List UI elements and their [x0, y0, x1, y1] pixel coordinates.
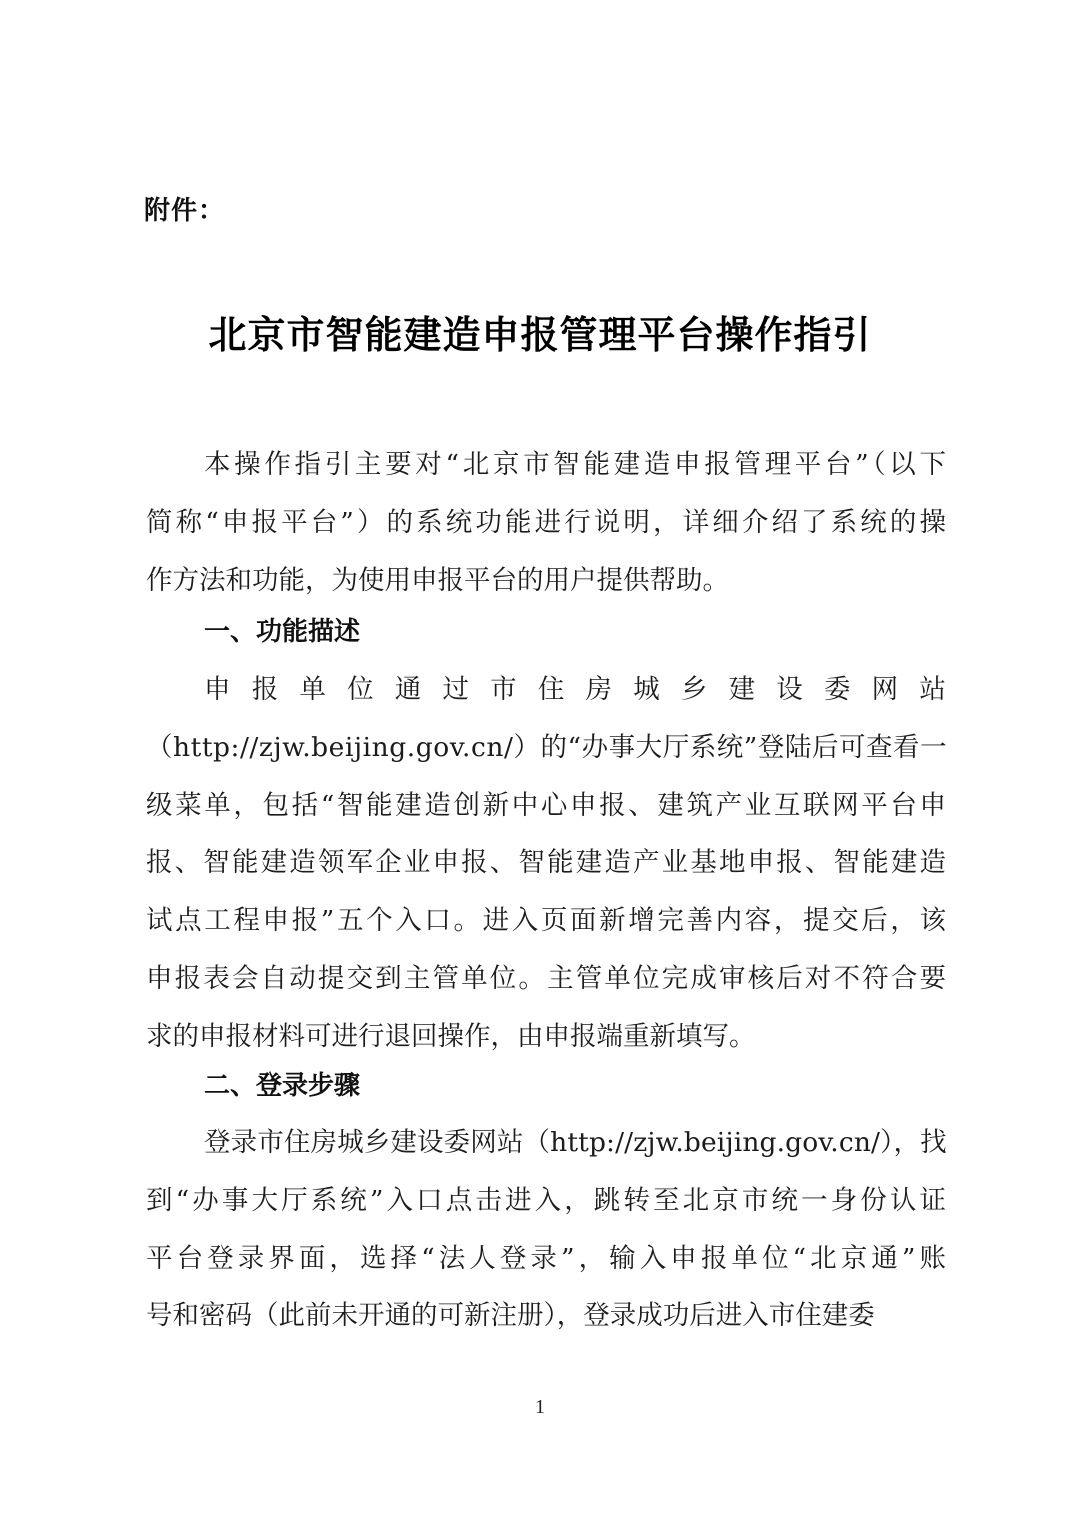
spread-char: 单	[299, 661, 326, 719]
section-1-paragraph: 申报单位通过市住房城乡建设委网站 （http://zjw.beijing.gov…	[146, 661, 946, 1066]
document-title: 北京市智能建造申报管理平台操作指引	[0, 305, 1080, 365]
section-1-line-2: （http://zjw.beijing.gov.cn/）的“办事大厅系统”登陆后…	[146, 719, 946, 777]
spread-char: 设	[776, 661, 803, 719]
section-1-line-5: 试点工程申报”五个入口。进入页面新增完善内容，提交后，该	[146, 892, 946, 950]
section-1-line-1: 申报单位通过市住房城乡建设委网站	[146, 661, 946, 719]
section-2-line-3: 平台登录界面，选择“法人登录”，输入申报单位“北京通”账	[146, 1230, 946, 1288]
intro-paragraph: 本操作指引主要对“北京市智能建造申报管理平台”（以下 简称“申报平台”）的系统功…	[146, 436, 946, 609]
attachment-label: 附件：	[144, 191, 225, 231]
section-2-line-2: 到“办事大厅系统”入口点击进入，跳转至北京市统一身份认证	[146, 1172, 946, 1230]
spread-char: 站	[919, 661, 946, 719]
spread-char: 网	[872, 661, 899, 719]
spread-char: 乡	[681, 661, 708, 719]
spread-char: 房	[586, 661, 613, 719]
section-1-line-6: 申报表会自动提交到主管单位。主管单位完成审核后对不符合要	[146, 950, 946, 1008]
spread-char: 市	[490, 661, 517, 719]
section-2-line-1: 登录市住房城乡建设委网站（http://zjw.beijing.gov.cn/）…	[146, 1114, 946, 1172]
spread-char: 住	[538, 661, 565, 719]
spread-char: 报	[252, 661, 279, 719]
intro-line-3: 作方法和功能，为使用申报平台的用户提供帮助。	[146, 552, 946, 610]
section-1-line-3: 级菜单，包括“智能建造创新中心申报、建筑产业互联网平台申	[146, 777, 946, 835]
section-2-line-4: 号和密码（此前未开通的可新注册），登录成功后进入市住建委	[146, 1287, 946, 1345]
intro-line-2: 简称“申报平台”）的系统功能进行说明，详细介绍了系统的操	[146, 494, 946, 552]
spread-char: 申	[204, 661, 231, 719]
section-heading-login-steps: 二、登录步骤	[204, 1066, 360, 1106]
document-page: 附件： 北京市智能建造申报管理平台操作指引 本操作指引主要对“北京市智能建造申报…	[0, 0, 1080, 1527]
intro-line-1: 本操作指引主要对“北京市智能建造申报管理平台”（以下	[146, 436, 946, 494]
spread-char: 城	[633, 661, 660, 719]
spread-char: 位	[347, 661, 374, 719]
spread-char: 通	[395, 661, 422, 719]
spread-char: 委	[824, 661, 851, 719]
section-heading-function-description: 一、功能描述	[204, 612, 360, 652]
section-1-line-7: 求的申报材料可进行退回操作，由申报端重新填写。	[146, 1008, 946, 1066]
spread-char: 过	[442, 661, 469, 719]
spread-char: 建	[729, 661, 756, 719]
section-1-line-4: 报、智能建造领军企业申报、智能建造产业基地申报、智能建造	[146, 834, 946, 892]
section-2-paragraph: 登录市住房城乡建设委网站（http://zjw.beijing.gov.cn/）…	[146, 1114, 946, 1345]
page-number: 1	[0, 1396, 1080, 1419]
